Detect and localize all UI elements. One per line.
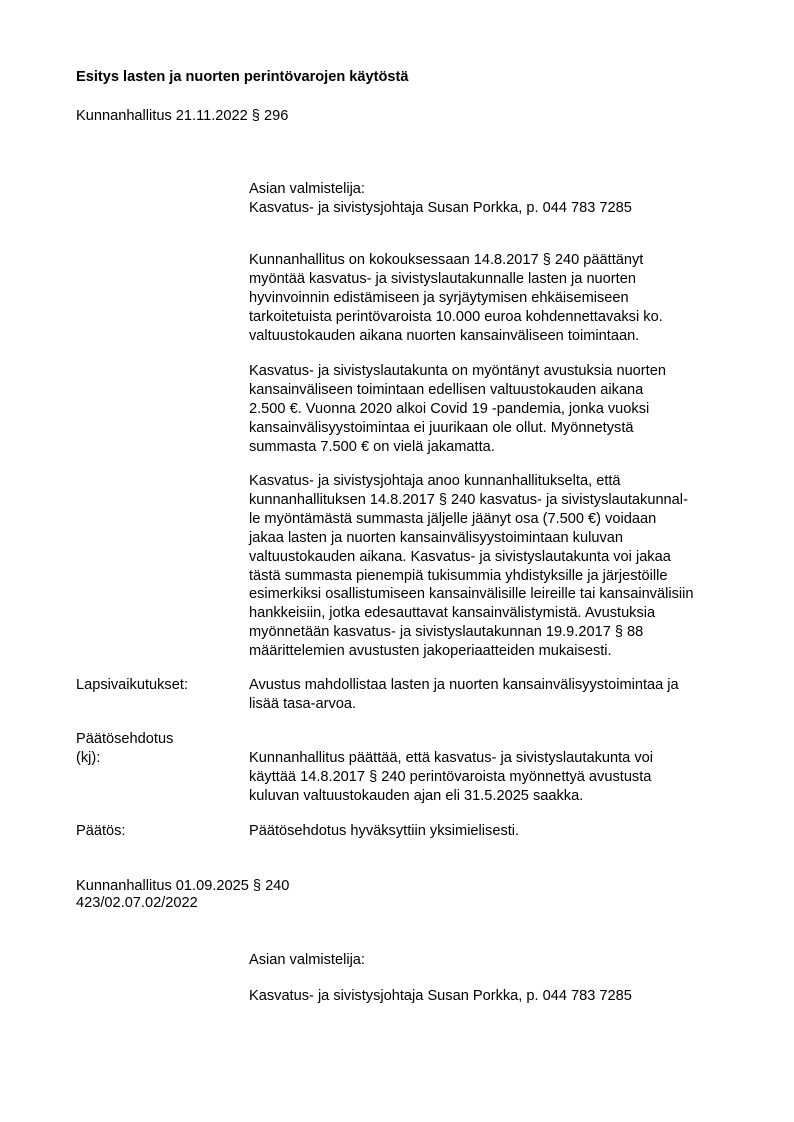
record-number: 423/02.07.02/2022 bbox=[76, 894, 198, 913]
text-line: määrittelemien avustusten jakoperiaattei… bbox=[249, 642, 693, 661]
text-line: summasta 7.500 € on vielä jakamatta. bbox=[249, 438, 666, 457]
text-line: Kasvatus- ja sivistysjohtaja anoo kunnan… bbox=[249, 472, 693, 491]
preparer-name-2-wrap: Kasvatus- ja sivistysjohtaja Susan Porkk… bbox=[249, 987, 632, 1006]
preparer-section-1: Asian valmistelija: Kasvatus- ja sivisty… bbox=[249, 180, 632, 218]
text-line: valtuustokauden aikana nuorten kansainvä… bbox=[249, 327, 663, 346]
text-line: tarkoitetuista perintövaroista 10.000 eu… bbox=[249, 308, 663, 327]
text-line: kansainvälisyystoimintaa ei juurikaan ol… bbox=[249, 419, 666, 438]
text-line: lisää tasa-arvoa. bbox=[249, 695, 679, 714]
proposal-label: Päätösehdotus (kj): bbox=[76, 730, 173, 768]
paragraph-3: Kasvatus- ja sivistysjohtaja anoo kunnan… bbox=[249, 472, 693, 661]
text-line: Kunnanhallitus päättää, että kasvatus- j… bbox=[249, 749, 653, 768]
paragraph-2: Kasvatus- ja sivistyslautakunta on myönt… bbox=[249, 362, 666, 457]
text-line: Kasvatus- ja sivistyslautakunta on myönt… bbox=[249, 362, 666, 381]
decision-text: Päätösehdotus hyväksyttiin yksimielisest… bbox=[249, 822, 519, 841]
preparer-name: Kasvatus- ja sivistysjohtaja Susan Porkk… bbox=[249, 987, 632, 1006]
text-line: hyvinvoinnin edistämiseen ja syrjäytymis… bbox=[249, 289, 663, 308]
child-impact-text: Avustus mahdollistaa lasten ja nuorten k… bbox=[249, 676, 679, 714]
text-line: 2.500 €. Vuonna 2020 alkoi Covid 19 -pan… bbox=[249, 400, 666, 419]
text-line: valtuustokauden aikana. Kasvatus- ja siv… bbox=[249, 548, 693, 567]
text-line: Avustus mahdollistaa lasten ja nuorten k… bbox=[249, 676, 679, 695]
preparer-section-2: Asian valmistelija: bbox=[249, 951, 365, 970]
preparer-label: Asian valmistelija: bbox=[249, 951, 365, 970]
proposal-label-line: Päätösehdotus bbox=[76, 730, 173, 749]
proposal-label-line: (kj): bbox=[76, 749, 173, 768]
text-line: kansainväliseen toimintaan edellisen val… bbox=[249, 381, 666, 400]
text-line: le myöntämästä summasta jäljelle jäänyt … bbox=[249, 510, 693, 529]
meeting-reference-1: Kunnanhallitus 21.11.2022 § 296 bbox=[76, 107, 288, 125]
text-line: kunnanhallituksen 14.8.2017 § 240 kasvat… bbox=[249, 491, 693, 510]
decision-label: Päätös: bbox=[76, 822, 126, 841]
proposal-text: Kunnanhallitus päättää, että kasvatus- j… bbox=[249, 749, 653, 806]
text-line: tästä summasta pienempiä tukisummia yhdi… bbox=[249, 567, 693, 586]
paragraph-1: Kunnanhallitus on kokouksessaan 14.8.201… bbox=[249, 251, 663, 346]
document-title: Esitys lasten ja nuorten perintövarojen … bbox=[76, 68, 409, 86]
text-line: käyttää 14.8.2017 § 240 perintövaroista … bbox=[249, 768, 653, 787]
text-line: myöntää kasvatus- ja sivistyslautakunnal… bbox=[249, 270, 663, 289]
preparer-label: Asian valmistelija: bbox=[249, 180, 632, 199]
text-line: myönnetään kasvatus- ja sivistyslautakun… bbox=[249, 623, 693, 642]
text-line: jakaa lasten ja nuorten kansainvälisyyst… bbox=[249, 529, 693, 548]
text-line: esimerkiksi osallistumiseen kansainvälis… bbox=[249, 585, 693, 604]
preparer-name: Kasvatus- ja sivistysjohtaja Susan Porkk… bbox=[249, 199, 632, 218]
child-impact-label: Lapsivaikutukset: bbox=[76, 676, 188, 695]
text-line: Kunnanhallitus on kokouksessaan 14.8.201… bbox=[249, 251, 663, 270]
text-line: Päätösehdotus hyväksyttiin yksimielisest… bbox=[249, 822, 519, 841]
text-line: kuluvan valtuustokauden ajan eli 31.5.20… bbox=[249, 787, 653, 806]
text-line: hankkeisiin, jotka edesauttavat kansainv… bbox=[249, 604, 693, 623]
